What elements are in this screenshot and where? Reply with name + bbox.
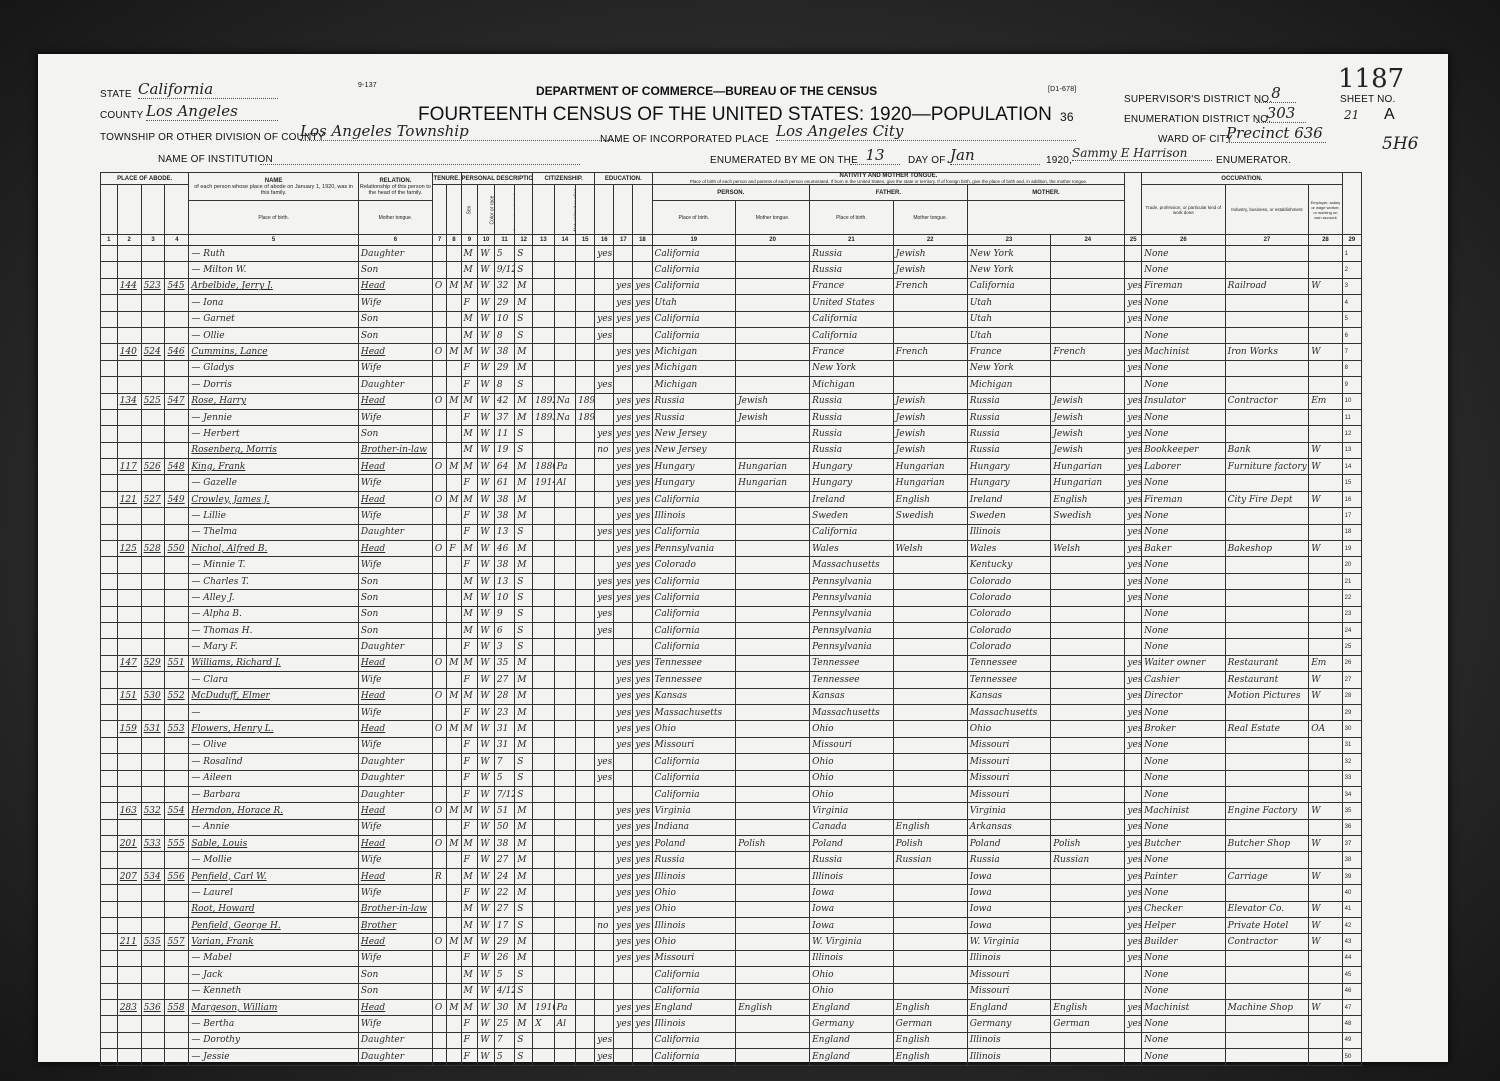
group-name: NAME of each person whose place of abode… bbox=[189, 173, 359, 201]
cell-mort: M bbox=[447, 803, 461, 819]
cell-natyr bbox=[576, 901, 595, 917]
cell-mt bbox=[736, 573, 810, 589]
cell-mort bbox=[447, 327, 461, 343]
cell-dw bbox=[141, 639, 165, 655]
cell-own bbox=[432, 639, 446, 655]
cell-occ: Butcher bbox=[1142, 836, 1226, 852]
cell-own bbox=[432, 622, 446, 638]
cell-street bbox=[101, 377, 118, 393]
cell-fam: 554 bbox=[165, 803, 189, 819]
cell-school: yes bbox=[595, 770, 614, 786]
cell-line-number: 28 bbox=[1342, 688, 1361, 704]
cell-age: 9 bbox=[494, 606, 514, 622]
cell-mt: English bbox=[736, 999, 810, 1015]
cell-mmt bbox=[1051, 885, 1125, 901]
cell-age: 7/12 bbox=[494, 786, 514, 802]
cell-own bbox=[432, 409, 446, 425]
column-number: 24 bbox=[1051, 235, 1125, 246]
cell-imm bbox=[533, 704, 554, 720]
cell-street bbox=[101, 606, 118, 622]
cell-occ: None bbox=[1142, 606, 1226, 622]
cell-occ: None bbox=[1142, 246, 1226, 262]
cell-fmt: Jewish bbox=[893, 426, 967, 442]
cell-rel: Wife bbox=[358, 475, 432, 491]
sheet-side: A bbox=[1384, 106, 1395, 124]
cell-street bbox=[101, 262, 118, 278]
cell-mort bbox=[447, 967, 461, 983]
cell-line-number: 4 bbox=[1342, 295, 1361, 311]
cell-occ: None bbox=[1142, 950, 1226, 966]
cell-sex: M bbox=[461, 901, 478, 917]
cell-imm bbox=[533, 672, 554, 688]
cell-fmt: Swedish bbox=[893, 508, 967, 524]
census-row: 140524546Cummins, LanceHeadOMMW38Myesyes… bbox=[101, 344, 1362, 360]
cell-read bbox=[614, 622, 633, 638]
cell-sex: F bbox=[461, 786, 478, 802]
cell-own bbox=[432, 819, 446, 835]
cell-imm bbox=[533, 622, 554, 638]
cell-natyr bbox=[576, 934, 595, 950]
cell-occ: None bbox=[1142, 770, 1226, 786]
cell-pob: California bbox=[652, 491, 736, 507]
cell-mort: M bbox=[447, 459, 461, 475]
cell-street bbox=[101, 1016, 118, 1032]
cell-occ: Painter bbox=[1142, 868, 1226, 884]
cell-rel: Daughter bbox=[358, 246, 432, 262]
enumerated-day: 13 bbox=[850, 146, 900, 165]
cell-fam bbox=[165, 950, 189, 966]
cell-mt bbox=[736, 704, 810, 720]
cell-fmt bbox=[893, 786, 967, 802]
cell-school bbox=[595, 344, 614, 360]
cell-emp: W bbox=[1309, 918, 1342, 934]
cell-read bbox=[614, 377, 633, 393]
cell-ms: S bbox=[515, 754, 533, 770]
cell-dw: 535 bbox=[141, 934, 165, 950]
cell-fmt: Polish bbox=[893, 836, 967, 852]
census-table: PLACE OF ABODE. NAME of each person whos… bbox=[100, 172, 1362, 1066]
census-row: — Alpha B.SonMW9SyesCaliforniaPennsylvan… bbox=[101, 606, 1362, 622]
cell-natyr bbox=[576, 344, 595, 360]
cell-read: yes bbox=[614, 950, 633, 966]
cell-name: — Charles T. bbox=[189, 573, 359, 589]
cell-natyr bbox=[576, 590, 595, 606]
cell-mort: M bbox=[447, 344, 461, 360]
cell-imm: 1914 bbox=[533, 475, 554, 491]
cell-pob: California bbox=[652, 1049, 736, 1065]
cell-age: 29 bbox=[494, 934, 514, 950]
cell-mort bbox=[447, 360, 461, 376]
cell-mmt bbox=[1051, 983, 1125, 999]
cell-write: yes bbox=[633, 491, 652, 507]
group-education: EDUCATION. bbox=[595, 173, 652, 185]
cell-house bbox=[117, 377, 141, 393]
cell-own bbox=[432, 1032, 446, 1048]
cell-street bbox=[101, 508, 118, 524]
cell-street bbox=[101, 770, 118, 786]
cell-mort: M bbox=[447, 999, 461, 1015]
column-number: 2 bbox=[117, 235, 141, 246]
cell-dw bbox=[141, 524, 165, 540]
cell-own bbox=[432, 524, 446, 540]
cell-line-number: 22 bbox=[1342, 590, 1361, 606]
cell-ind bbox=[1225, 262, 1309, 278]
cell-fmt bbox=[893, 295, 967, 311]
cell-name: Flowers, Henry L. bbox=[189, 721, 359, 737]
cell-rel: Son bbox=[358, 327, 432, 343]
cell-dw: 526 bbox=[141, 459, 165, 475]
cell-age: 8 bbox=[494, 377, 514, 393]
cell-house bbox=[117, 360, 141, 376]
cell-ms: M bbox=[515, 360, 533, 376]
cell-write: yes bbox=[633, 901, 652, 917]
cell-mmt bbox=[1051, 1049, 1125, 1065]
cell-dw bbox=[141, 508, 165, 524]
cell-pob: Ohio bbox=[652, 885, 736, 901]
cell-imm bbox=[533, 967, 554, 983]
cell-dw bbox=[141, 950, 165, 966]
cell-dw: 524 bbox=[141, 344, 165, 360]
cell-write: yes bbox=[633, 360, 652, 376]
cell-ind bbox=[1225, 950, 1309, 966]
cell-sex: F bbox=[461, 885, 478, 901]
cell-dw bbox=[141, 327, 165, 343]
cell-mmt bbox=[1051, 672, 1125, 688]
cell-occ: None bbox=[1142, 524, 1226, 540]
cell-name: — Thomas H. bbox=[189, 622, 359, 638]
cell-age: 28 bbox=[494, 688, 514, 704]
cell-fam bbox=[165, 295, 189, 311]
cell-fmt bbox=[893, 311, 967, 327]
cell-ms: M bbox=[515, 672, 533, 688]
cell-pob: Tennessee bbox=[652, 655, 736, 671]
cell-dw bbox=[141, 311, 165, 327]
cell-race: W bbox=[478, 803, 495, 819]
cell-line-number: 32 bbox=[1342, 754, 1361, 770]
cell-write: yes bbox=[633, 934, 652, 950]
cell-mt bbox=[736, 246, 810, 262]
cell-rel: Son bbox=[358, 311, 432, 327]
cell-occ: Machinist bbox=[1142, 344, 1226, 360]
cell-write bbox=[633, 1049, 652, 1065]
group-personal-description: PERSONAL DESCRIPTION. bbox=[461, 173, 533, 185]
cell-rel: Wife bbox=[358, 508, 432, 524]
cell-imm bbox=[533, 770, 554, 786]
cell-natyr bbox=[576, 770, 595, 786]
cell-natyr bbox=[576, 754, 595, 770]
cell-dw bbox=[141, 901, 165, 917]
cell-dw: 529 bbox=[141, 655, 165, 671]
census-row: 283536558Margeson, WilliamHeadOMMW30M191… bbox=[101, 999, 1362, 1015]
cell-line-number: 24 bbox=[1342, 622, 1361, 638]
col-sex: Sex bbox=[461, 185, 478, 235]
cell-occ: None bbox=[1142, 409, 1226, 425]
cell-race: W bbox=[478, 868, 495, 884]
cell-fam: 546 bbox=[165, 344, 189, 360]
cell-dw bbox=[141, 754, 165, 770]
cell-mort: M bbox=[447, 491, 461, 507]
cell-house: 163 bbox=[117, 803, 141, 819]
cell-street bbox=[101, 803, 118, 819]
cell-mmt bbox=[1051, 786, 1125, 802]
cell-house bbox=[117, 606, 141, 622]
cell-read bbox=[614, 262, 633, 278]
cell-race: W bbox=[478, 672, 495, 688]
cell-name: — Thelma bbox=[189, 524, 359, 540]
cell-imm bbox=[533, 1049, 554, 1065]
column-number: 18 bbox=[633, 235, 652, 246]
cell-race: W bbox=[478, 360, 495, 376]
cell-dw bbox=[141, 409, 165, 425]
cell-street bbox=[101, 590, 118, 606]
cell-mort bbox=[447, 426, 461, 442]
cell-mt bbox=[736, 639, 810, 655]
cell-line-number: 10 bbox=[1342, 393, 1361, 409]
cell-ind bbox=[1225, 360, 1309, 376]
cell-mt bbox=[736, 1049, 810, 1065]
cell-eng: yes bbox=[1125, 836, 1142, 852]
cell-eng: yes bbox=[1125, 393, 1142, 409]
sheet-header: STATE California COUNTY Los Angeles TOWN… bbox=[38, 54, 1448, 174]
cell-race: W bbox=[478, 967, 495, 983]
cell-mpob: Wales bbox=[967, 541, 1051, 557]
cell-name: Root, Howard bbox=[189, 901, 359, 917]
cell-nat: Pa bbox=[554, 459, 575, 475]
cell-age: 22 bbox=[494, 885, 514, 901]
cell-natyr bbox=[576, 360, 595, 376]
cell-own: O bbox=[432, 688, 446, 704]
cell-eng: yes bbox=[1125, 1016, 1142, 1032]
cell-house bbox=[117, 967, 141, 983]
cell-pob: California bbox=[652, 246, 736, 262]
cell-own bbox=[432, 295, 446, 311]
cell-school: yes bbox=[595, 426, 614, 442]
cell-own bbox=[432, 426, 446, 442]
cell-mort bbox=[447, 475, 461, 491]
census-row: — GazelleWifeFW61M1914AlyesyesHungaryHun… bbox=[101, 475, 1362, 491]
census-row: — RuthDaughterMW5SyesCaliforniaRussiaJew… bbox=[101, 246, 1362, 262]
cell-read bbox=[614, 639, 633, 655]
cell-mmt: Swedish bbox=[1051, 508, 1125, 524]
cell-house bbox=[117, 950, 141, 966]
cell-emp: W bbox=[1309, 868, 1342, 884]
column-number: 8 bbox=[447, 235, 461, 246]
cell-write: yes bbox=[633, 999, 652, 1015]
col-street: Street, avenue, road, etc. bbox=[101, 185, 118, 235]
cell-ind: Elevator Co. bbox=[1225, 901, 1309, 917]
cell-fmt bbox=[893, 770, 967, 786]
cell-race: W bbox=[478, 557, 495, 573]
cell-fmt: English bbox=[893, 1049, 967, 1065]
cell-fam bbox=[165, 1032, 189, 1048]
cell-write bbox=[633, 639, 652, 655]
cell-imm: 1892 bbox=[533, 393, 554, 409]
cell-nat bbox=[554, 1032, 575, 1048]
cell-mpob: Russia bbox=[967, 409, 1051, 425]
col-person-tongue: Mother tongue. bbox=[358, 201, 432, 235]
cell-rel: Head bbox=[358, 459, 432, 475]
cell-natyr bbox=[576, 426, 595, 442]
cell-mort bbox=[447, 262, 461, 278]
cell-fam bbox=[165, 967, 189, 983]
cell-mpob: Illinois bbox=[967, 524, 1051, 540]
cell-pob: California bbox=[652, 606, 736, 622]
cell-occ: Broker bbox=[1142, 721, 1226, 737]
cell-ind: Real Estate bbox=[1225, 721, 1309, 737]
cell-ms: M bbox=[515, 295, 533, 311]
cell-occ: Bookkeeper bbox=[1142, 442, 1226, 458]
cell-fam bbox=[165, 770, 189, 786]
column-number: 28 bbox=[1309, 235, 1342, 246]
cell-age: 31 bbox=[494, 737, 514, 753]
cell-fmt bbox=[893, 950, 967, 966]
cell-sex: M bbox=[461, 999, 478, 1015]
cell-occ: Helper bbox=[1142, 918, 1226, 934]
cell-ind: Bank bbox=[1225, 442, 1309, 458]
cell-sex: F bbox=[461, 557, 478, 573]
cell-fam: 550 bbox=[165, 541, 189, 557]
cell-own: O bbox=[432, 393, 446, 409]
cell-occ: None bbox=[1142, 967, 1226, 983]
cell-mmt bbox=[1051, 622, 1125, 638]
cell-house: 159 bbox=[117, 721, 141, 737]
cell-ms: M bbox=[515, 393, 533, 409]
cell-ms: S bbox=[515, 590, 533, 606]
enumerator-name: Sammy E Harrison bbox=[1072, 146, 1212, 161]
cell-read: yes bbox=[614, 918, 633, 934]
cell-write: yes bbox=[633, 672, 652, 688]
cell-imm: 1880 bbox=[533, 459, 554, 475]
cell-fam bbox=[165, 1016, 189, 1032]
cell-emp bbox=[1309, 983, 1342, 999]
cell-eng: yes bbox=[1125, 803, 1142, 819]
cell-read: yes bbox=[614, 803, 633, 819]
cell-nat bbox=[554, 672, 575, 688]
cell-race: W bbox=[478, 524, 495, 540]
cell-age: 27 bbox=[494, 852, 514, 868]
cell-mpob: W. Virginia bbox=[967, 934, 1051, 950]
cell-mt bbox=[736, 852, 810, 868]
cell-ind: Contractor bbox=[1225, 393, 1309, 409]
cell-rel: Brother-in-law bbox=[358, 901, 432, 917]
cell-write: yes bbox=[633, 868, 652, 884]
cell-eng: yes bbox=[1125, 442, 1142, 458]
cell-dw bbox=[141, 737, 165, 753]
cell-line-number: 21 bbox=[1342, 573, 1361, 589]
cell-pob: Poland bbox=[652, 836, 736, 852]
cell-emp: W bbox=[1309, 901, 1342, 917]
cell-name: McDuduff, Elmer bbox=[189, 688, 359, 704]
cell-ind: Restaurant bbox=[1225, 672, 1309, 688]
cell-name: — Jennie bbox=[189, 409, 359, 425]
cell-mort: M bbox=[447, 393, 461, 409]
cell-pob: Russia bbox=[652, 393, 736, 409]
cell-fpob: Ohio bbox=[810, 770, 894, 786]
cell-age: 3 bbox=[494, 639, 514, 655]
cell-mmt bbox=[1051, 819, 1125, 835]
cell-street bbox=[101, 442, 118, 458]
cell-emp bbox=[1309, 754, 1342, 770]
cell-natyr bbox=[576, 573, 595, 589]
cell-nat bbox=[554, 819, 575, 835]
cell-mort bbox=[447, 573, 461, 589]
cell-imm bbox=[533, 754, 554, 770]
cell-imm bbox=[533, 918, 554, 934]
cell-read bbox=[614, 1049, 633, 1065]
cell-write: yes bbox=[633, 524, 652, 540]
cell-rel: Wife bbox=[358, 852, 432, 868]
cell-street bbox=[101, 295, 118, 311]
cell-mort: M bbox=[447, 655, 461, 671]
cell-dw bbox=[141, 852, 165, 868]
column-number: 26 bbox=[1142, 235, 1226, 246]
cell-eng: yes bbox=[1125, 999, 1142, 1015]
cell-read: yes bbox=[614, 311, 633, 327]
cell-natyr bbox=[576, 475, 595, 491]
cell-house bbox=[117, 590, 141, 606]
cell-age: 9/12 bbox=[494, 262, 514, 278]
cell-emp: W bbox=[1309, 491, 1342, 507]
cell-race: W bbox=[478, 622, 495, 638]
cell-ms: M bbox=[515, 885, 533, 901]
cell-mmt bbox=[1051, 606, 1125, 622]
cell-imm bbox=[533, 639, 554, 655]
cell-occ: None bbox=[1142, 590, 1226, 606]
cell-nat: Pa bbox=[554, 999, 575, 1015]
cell-name: — Herbert bbox=[189, 426, 359, 442]
cell-mmt bbox=[1051, 377, 1125, 393]
cell-mort bbox=[447, 409, 461, 425]
cell-occ: None bbox=[1142, 557, 1226, 573]
cell-fmt bbox=[893, 557, 967, 573]
cell-nat bbox=[554, 262, 575, 278]
cell-age: 5 bbox=[494, 246, 514, 262]
cell-dw bbox=[141, 786, 165, 802]
cell-read: yes bbox=[614, 524, 633, 540]
cell-fmt bbox=[893, 754, 967, 770]
cell-name: — Alley J. bbox=[189, 590, 359, 606]
cell-name: — Mabel bbox=[189, 950, 359, 966]
cell-emp: Em bbox=[1309, 655, 1342, 671]
cell-age: 38 bbox=[494, 491, 514, 507]
cell-occ: None bbox=[1142, 983, 1226, 999]
cell-age: 13 bbox=[494, 573, 514, 589]
cell-imm bbox=[533, 1032, 554, 1048]
cell-occ: Cashier bbox=[1142, 672, 1226, 688]
cell-fpob: Russia bbox=[810, 409, 894, 425]
cell-pob: Illinois bbox=[652, 918, 736, 934]
cell-line-number: 16 bbox=[1342, 491, 1361, 507]
cell-race: W bbox=[478, 885, 495, 901]
cell-fam bbox=[165, 409, 189, 425]
cell-ms: M bbox=[515, 278, 533, 294]
cell-race: W bbox=[478, 508, 495, 524]
cell-mt: Hungarian bbox=[736, 475, 810, 491]
cell-street bbox=[101, 639, 118, 655]
cell-age: 10 bbox=[494, 311, 514, 327]
cell-ind bbox=[1225, 573, 1309, 589]
cell-own bbox=[432, 311, 446, 327]
col-race: Color or race bbox=[478, 185, 495, 235]
cell-fpob: United States bbox=[810, 295, 894, 311]
cell-read: yes bbox=[614, 590, 633, 606]
cell-fpob: Russia bbox=[810, 246, 894, 262]
cell-dw bbox=[141, 885, 165, 901]
col-age: Age at last birthday bbox=[494, 185, 514, 235]
supervisor-label: SUPERVISOR'S DISTRICT NO. bbox=[1124, 94, 1272, 105]
cell-nat bbox=[554, 983, 575, 999]
cell-sex: M bbox=[461, 606, 478, 622]
